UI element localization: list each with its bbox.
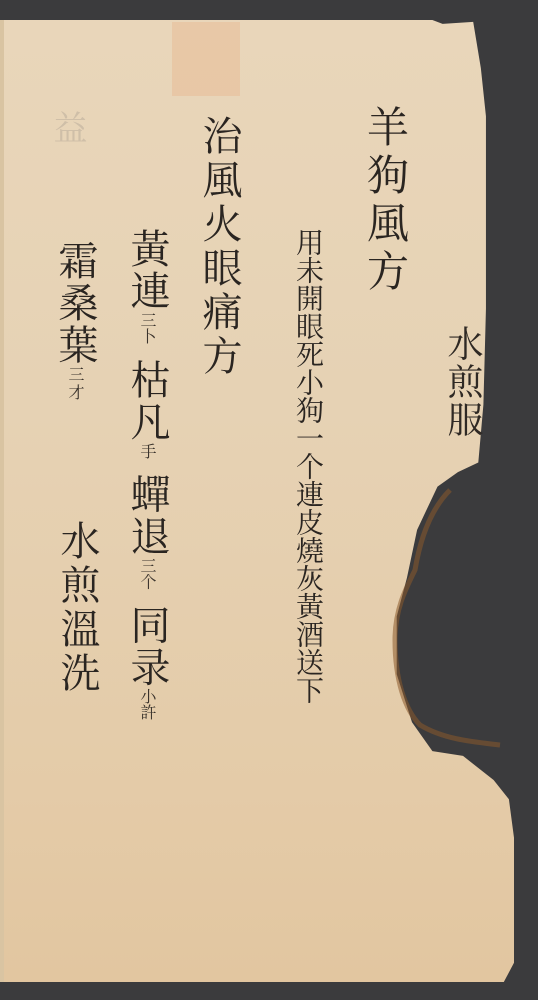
ingredient-quantity: 三才 [66,366,85,402]
recipe2-title: 治風火眼痛方 [196,115,242,379]
recipe2-ingredients-column-2: 霜桑葉三才 [52,240,98,402]
recipe1-instructions: 用未開眼死小狗一个連皮燒灰黃酒送下 [292,228,324,704]
ingredient-name: 霜桑葉 [52,240,98,366]
ingredient-name: 蟬退 [124,473,170,557]
recipe2-ingredients-column-1: 黃連三卜 枯凡手 蟬退三个 同录小許 [124,228,170,720]
ingredient-quantity: 手 [138,443,157,459]
ingredient-name: 黃連 [124,228,170,312]
recipe2-preparation: 水煎溫洗 [54,520,100,696]
ingredient-name: 同录 [124,604,170,688]
ingredient-quantity: 三个 [138,557,157,589]
ingredient-quantity: 三卜 [138,312,157,344]
ingredient-quantity: 小許 [138,688,157,720]
recipe1-title: 羊狗風方 [362,105,408,297]
ingredient-name: 枯凡 [124,359,170,443]
torn-edge-fragment: 水煎服 [442,325,482,439]
bleed-through-text: 益 [52,110,92,260]
faded-seal-stamp [172,22,240,96]
